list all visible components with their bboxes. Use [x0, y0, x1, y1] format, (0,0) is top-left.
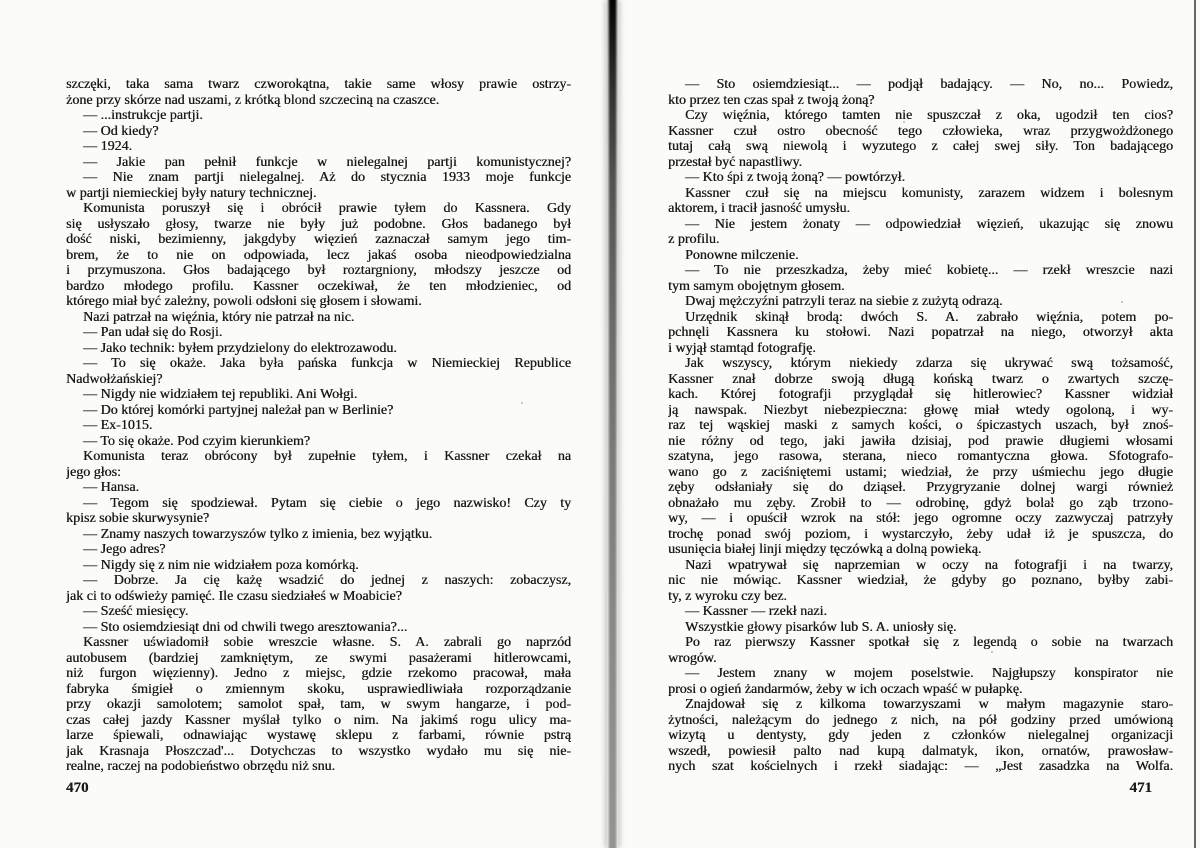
text-line: i wyjął stamtąd fotografję. [668, 341, 1173, 357]
text-line: fabryka śmigieł o zmiennym skoku, uspraw… [66, 682, 571, 698]
text-line: w partji niemieckiej były natury technic… [66, 186, 571, 202]
text-line: ją nawspak. Niezbyt niebezpieczna: głowę… [668, 403, 1173, 419]
text-line: Nazi wpatrywał się naprzemian w oczy na … [668, 558, 1173, 574]
text-line: aktorem, i tracił jasność umysłu. [668, 201, 1173, 217]
text-line: prosi o ogień żandarmów, żeby w ich ocza… [668, 682, 1173, 698]
text-line: Kassner znał dobrze swoją długą końską t… [668, 372, 1173, 388]
text-line: — Kassner — rzekł nazi. [668, 604, 1173, 620]
book-gutter-shadow [607, 0, 618, 848]
text-line: — ...instrukcje partji. [66, 108, 571, 124]
text-line: — Ex-1015. [66, 418, 571, 434]
text-line: — Nie jestem żonaty — odpowiedział więzi… [668, 217, 1173, 233]
text-line: — Jego adres? [66, 542, 571, 558]
text-line: nie różny od tego, jaki jawiła dzisiaj, … [668, 434, 1173, 450]
text-line: i przymuszona. Głos badającego był rozta… [66, 263, 571, 279]
text-line: Ponowne milczenie. [668, 248, 1173, 264]
text-line: Znajdował się z kilkoma towarzyszami w m… [668, 697, 1173, 713]
page-number-right: 471 [668, 780, 1152, 797]
text-line: przestał być napastliwy. [668, 155, 1173, 171]
page-edge-line [1194, 0, 1196, 848]
text-line: kach. Której fotografji przyglądał się h… [668, 387, 1173, 403]
text-line: jego głos: [66, 465, 571, 481]
text-line: kpisz sobie skurwysynie? [66, 511, 571, 527]
text-line: — Sto osiemdziesiąt dni od chwili twego … [66, 620, 571, 636]
text-line: brem, że to nie on odpowiada, lecz jakaś… [66, 248, 571, 264]
text-line: — Nie znam partji nielegalnej. Aż do sty… [66, 170, 571, 186]
text-line: raz tej wąskiej maski z samych kości, o … [668, 418, 1173, 434]
text-line: wano go z zaciśniętemi ustami; wiedział,… [668, 465, 1173, 481]
text-line: wy, — i opuścił wzrok na stół: jego ogro… [668, 511, 1173, 527]
text-line: Kassner czuł się na miejscu komunisty, z… [668, 186, 1173, 202]
text-line: Urzędnik skinął brodą: dwóch S. A. zabra… [668, 310, 1173, 326]
text-line: — Nigdy się z nim nie widziałem poza kom… [66, 558, 571, 574]
text-line: się usłyszało głosy, twarze nie były już… [66, 217, 571, 233]
text-line: wszedł, powiesił palto nad kupą dalmatyk… [668, 744, 1173, 760]
text-line: realne, raczej na podobieństwo obrzędu n… [66, 759, 571, 775]
text-line: zęby odsłaniały się do dziąseł. Przygryz… [668, 480, 1173, 496]
text-line: Komunista poruszył się i obrócił prawie … [66, 201, 571, 217]
text-line: jak Krasnaja Płoszczad'... Dotychczas to… [66, 744, 571, 760]
text-line: szczęki, taka sama twarz czworokątna, ta… [66, 77, 571, 93]
page-right-text-block: — Sto osiemdziesiąt... — podjął badający… [668, 77, 1173, 775]
text-line: tutaj całą swą niewolą i wyzutego z całe… [668, 139, 1173, 155]
text-line: Kassner uświadomił sobie wreszcie własne… [66, 635, 571, 651]
text-line: — Od kiedy? [66, 124, 571, 140]
text-line: nych szat kościelnych i rzekł siadając: … [668, 759, 1173, 775]
text-line: larze śpiewali, odnawiając wystawę sklep… [66, 728, 571, 744]
text-line: — Sześć miesięcy. [66, 604, 571, 620]
text-line: pchnęli Kassnera ku stołowi. Nazi popatr… [668, 325, 1173, 341]
text-line: — To nie przeszkadza, żeby mieć kobietę.… [668, 263, 1173, 279]
text-line: — To się okaże. Pod czyim kierunkiem? [66, 434, 571, 450]
text-line: — Hansa. [66, 480, 571, 496]
text-line: Jak wszyscy, którym niekiedy zdarza się … [668, 356, 1173, 372]
text-line: — Sto osiemdziesiąt... — podjął badający… [668, 77, 1173, 93]
text-line: trochę ponad swój poziom, i wystarczyło,… [668, 527, 1173, 543]
text-line: kto przez ten czas spał z twoją żoną? [668, 93, 1173, 109]
text-line: — Dobrze. Ja cię każę wsadzić do jednej … [66, 573, 571, 589]
text-line: — Tegom się spodziewał. Pytam się ciebie… [66, 496, 571, 512]
text-line: Komunista teraz obrócony był zupełnie ty… [66, 449, 571, 465]
text-line: wrogów. [668, 651, 1173, 667]
text-line: — Nigdy nie widziałem tej republiki. Ani… [66, 387, 571, 403]
text-line: Nazi patrzał na więźnia, który nie patrz… [66, 310, 571, 326]
text-line: bardzo młodego profilu. Kassner oczekiwa… [66, 279, 571, 295]
text-line: — Znamy naszych towarzyszów tylko z imie… [66, 527, 571, 543]
scan-noise [0, 0, 2, 2]
text-line: żone przy skórze nad uszami, z krótką bl… [66, 93, 571, 109]
text-line: z profilu. [668, 232, 1173, 248]
text-line: — 1924. [66, 139, 571, 155]
text-line: dość niski, bezimienny, jakgdyby więzień… [66, 232, 571, 248]
page-number-left: 470 [66, 780, 89, 797]
text-line: tym samym obojętnym głosem. [668, 279, 1173, 295]
text-line: Nadwołżańskiej? [66, 372, 571, 388]
text-line: niż furgon więzienny). Jedno z miejsc, g… [66, 666, 571, 682]
text-line: szatyna, jego rasowa, sterana, nieco rom… [668, 449, 1173, 465]
text-line: — Jestem znany w mojem poselstwie. Najgł… [668, 666, 1173, 682]
text-line: Kassner czuł ostro obecność tego człowie… [668, 124, 1173, 140]
text-line: — To się okaże. Jaka była pańska funkcja… [66, 356, 571, 372]
text-line: żytności, należącym do jednego z nich, n… [668, 713, 1173, 729]
text-line: usunięcia białej linji między tęczówką a… [668, 542, 1173, 558]
text-line: — Do której komórki partyjnej należał pa… [66, 403, 571, 419]
text-line: autobusem (bardziej zamkniętym, ze swymi… [66, 651, 571, 667]
text-line: przy okazji samolotem; samolot spał, tam… [66, 697, 571, 713]
text-line: Wszystkie głowy pisarków lub S. A. unios… [668, 620, 1173, 636]
text-line: ty, z wyroku czy bez. [668, 589, 1173, 605]
text-line: — Pan udał się do Rosji. [66, 325, 571, 341]
text-line: jak ci to odświeży pamięć. Ile czasu sie… [66, 589, 571, 605]
text-line: Dwaj mężczyźni patrzyli teraz na siebie … [668, 294, 1173, 310]
text-line: obnażało mu zęby. Zrobił to — odrobinę, … [668, 496, 1173, 512]
text-line: Czy więźnia, którego tamten nie spuszcza… [668, 108, 1173, 124]
text-line: Po raz pierwszy Kassner spotkał się z le… [668, 635, 1173, 651]
page-left-text-block: szczęki, taka sama twarz czworokątna, ta… [66, 77, 571, 775]
text-line: — Kto śpi z twoją żoną? — powtórzył. [668, 170, 1173, 186]
text-line: — Jako technik: byłem przydzielony do el… [66, 341, 571, 357]
text-line: czas całej jazdy Kassner myślał tylko o … [66, 713, 571, 729]
text-line: wizytą u dentysty, gdy jeden z członków … [668, 728, 1173, 744]
text-line: którego miał być zależny, powoli odsłoni… [66, 294, 571, 310]
text-line: — Jakie pan pełnił funkcje w nielegalnej… [66, 155, 571, 171]
text-line: nic nie mówiąc. Kassner wiedział, że gdy… [668, 573, 1173, 589]
